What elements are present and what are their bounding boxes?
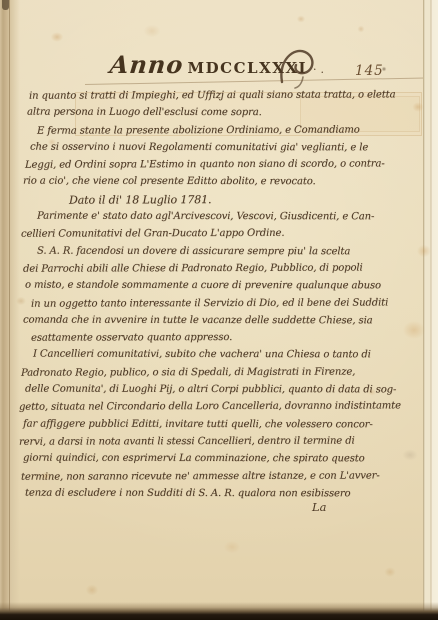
manuscript-line: Leggi, ed Ordini sopra L'Estimo in quant… [25, 156, 427, 175]
manuscript-line: che si osservino i nuovi Regolamenti com… [30, 139, 427, 157]
folio-number: 145 [355, 63, 384, 79]
manuscript-line: in un oggetto tanto interessante il Serv… [31, 295, 427, 314]
book-bottom-edge [0, 602, 438, 620]
manuscript-line: dei Parrochi abili alle Chiese di Padron… [23, 260, 427, 279]
manuscript-text-block: in quanto si tratti di Impieghi, ed Uffi… [27, 88, 427, 503]
page-gutter-edge [0, 0, 20, 620]
manuscript-line: comanda che in avvenire in tutte le vaca… [23, 312, 427, 330]
manuscript-line: rio a cio', che viene col presente Editt… [23, 174, 427, 192]
manuscript-line: S. A. R. facendosi un dovere di assicura… [37, 243, 427, 261]
manuscript-line: o misto, e standole sommamente a cuore d… [25, 278, 427, 296]
manuscript-line: far affiggere pubblici Editti, invitare … [23, 416, 427, 434]
manuscript-line: Parimente e' stato dato agl'Arcivescovi,… [37, 209, 427, 227]
corner-ink-mark [2, 0, 9, 10]
manuscript-line: tenza di escludere i non Sudditi di S. A… [25, 485, 427, 503]
ink-flourish-icon [272, 44, 318, 92]
manuscript-line: Padronato Regio, publico, o sia di Speda… [21, 364, 427, 383]
manuscript-line: esattamente osservato quanto appresso. [31, 329, 427, 348]
manuscript-page: Anno MDCCLXXXI ·. 145 in quanto si tratt… [0, 0, 438, 620]
manuscript-line: cellieri Comunitativi del Gran-Ducato L'… [21, 226, 427, 245]
manuscript-line: E ferma stante la presente abolizione Or… [37, 122, 427, 141]
manuscript-line: delle Comunita', di Luoghi Pij, o altri … [25, 382, 427, 400]
manuscript-line: I Cancellieri comunitativi, subito che v… [33, 347, 427, 365]
page-fore-edge [423, 0, 438, 620]
manuscript-line: in quanto si tratti di Impieghi, ed Uffi… [29, 87, 427, 106]
manuscript-line: altra persona in Luogo dell'esclusi come… [27, 105, 427, 123]
manuscript-line: giorni quindici, con esprimervi La commi… [23, 451, 427, 469]
manuscript-line: getto, situata nel Circondario della Lor… [19, 399, 427, 418]
gutter-crease-line [9, 0, 10, 620]
manuscript-line-dateline: Dato il di' 18 Luglio 1781. [69, 191, 427, 210]
header-anno-script: Anno [108, 50, 185, 79]
manuscript-line: rervi, a darsi in nota avanti li stessi … [19, 433, 427, 452]
manuscript-line: termine, non saranno ricevute ne' ammess… [21, 468, 427, 487]
catchword: La [312, 500, 327, 514]
